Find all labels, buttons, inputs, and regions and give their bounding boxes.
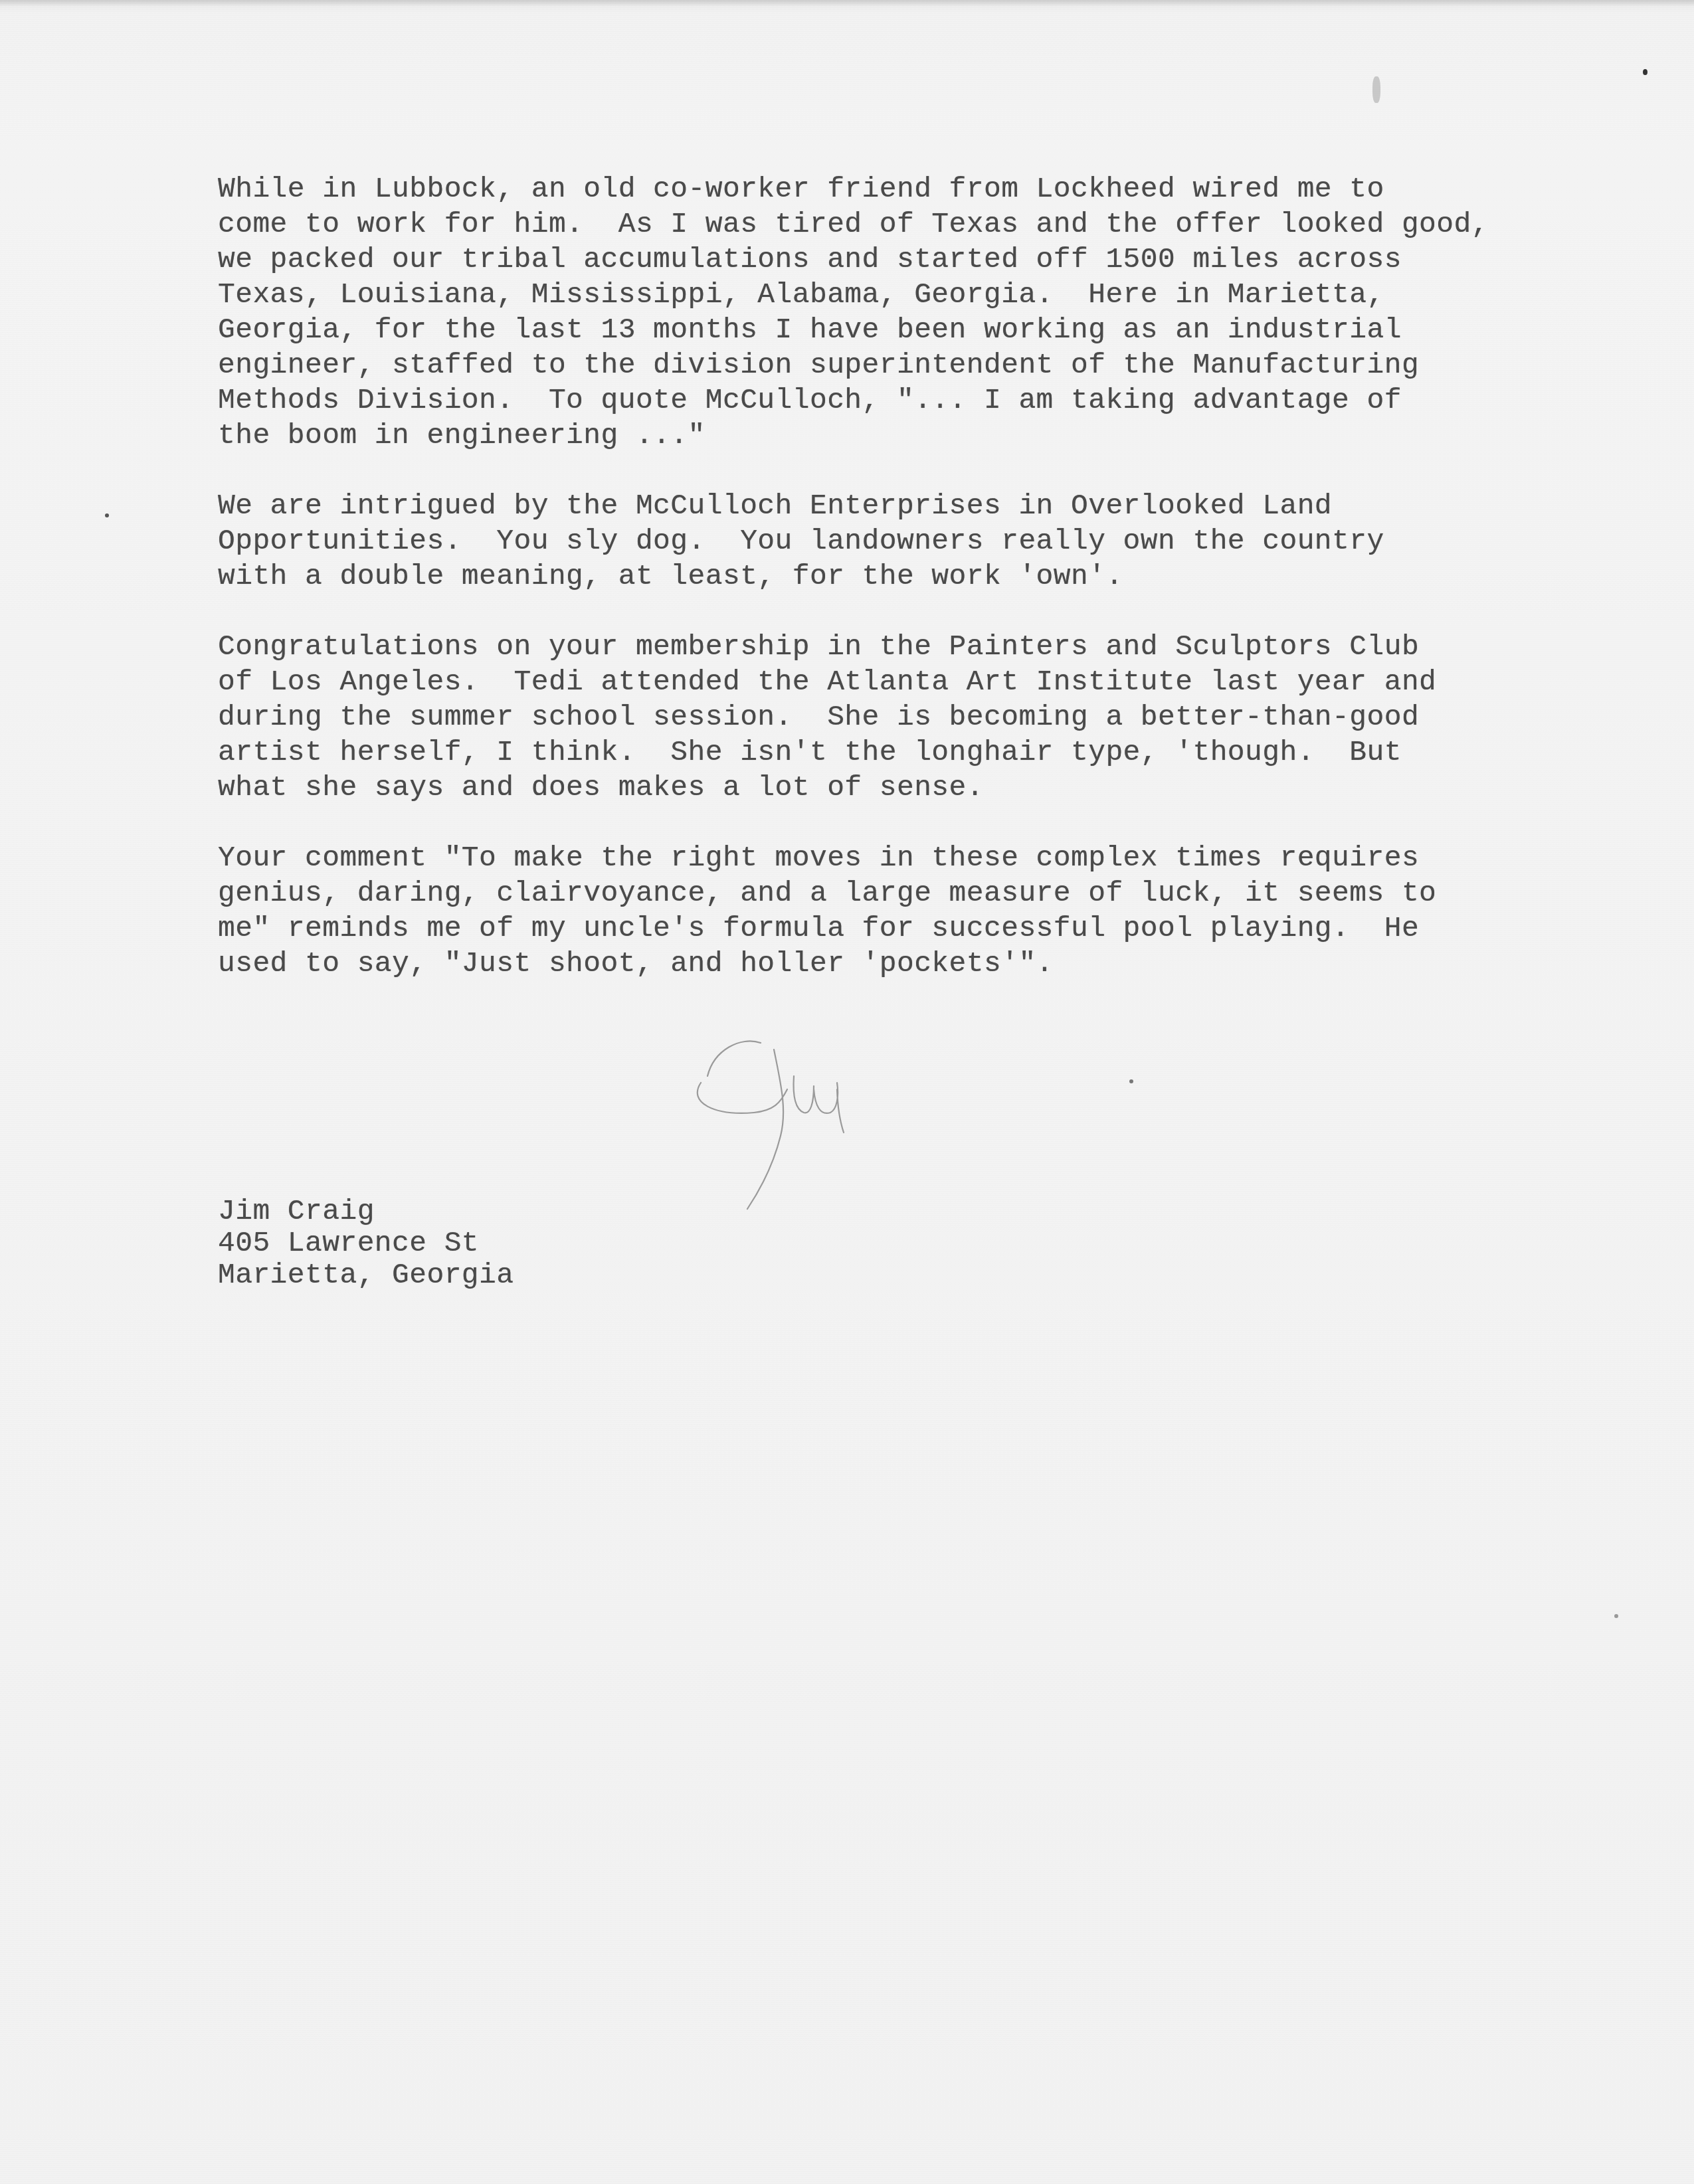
text-line: with a double meaning, at least, for the… bbox=[218, 559, 1646, 594]
sender-name: Jim Craig bbox=[218, 1196, 514, 1228]
paper-speck bbox=[1614, 1614, 1618, 1618]
paper-speck bbox=[105, 513, 109, 517]
paper-smudge bbox=[1372, 76, 1380, 103]
paragraph-your-comment: Your comment "To make the right moves in… bbox=[218, 840, 1646, 981]
scanned-letter-page: While in Lubbock, an old co-worker frien… bbox=[0, 0, 1694, 2184]
paragraph-mcculloch-enterprises: We are intrigued by the McCulloch Enterp… bbox=[218, 488, 1646, 594]
text-line: Georgia, for the last 13 months I have b… bbox=[218, 312, 1646, 347]
text-line: we packed our tribal accumulations and s… bbox=[218, 242, 1646, 277]
text-line: While in Lubbock, an old co-worker frien… bbox=[218, 171, 1646, 207]
text-line: Texas, Louisiana, Mississippi, Alabama, … bbox=[218, 277, 1646, 312]
text-line: used to say, "Just shoot, and holler 'po… bbox=[218, 946, 1646, 981]
scan-edge-shadow bbox=[0, 0, 1694, 7]
paper-speck bbox=[1643, 69, 1647, 75]
letter-body: While in Lubbock, an old co-worker frien… bbox=[218, 171, 1646, 1016]
text-line: of Los Angeles. Tedi attended the Atlant… bbox=[218, 664, 1646, 699]
paragraph-move-to-marietta: While in Lubbock, an old co-worker frien… bbox=[218, 171, 1646, 453]
text-line: the boom in engineering ..." bbox=[218, 418, 1646, 453]
sender-city-state: Marietta, Georgia bbox=[218, 1259, 514, 1291]
paragraph-congratulations: Congratulations on your membership in th… bbox=[218, 629, 1646, 805]
text-line: We are intrigued by the McCulloch Enterp… bbox=[218, 488, 1646, 523]
text-line: genius, daring, clairvoyance, and a larg… bbox=[218, 875, 1646, 911]
text-line: Congratulations on your membership in th… bbox=[218, 629, 1646, 664]
text-line: engineer, staffed to the division superi… bbox=[218, 347, 1646, 383]
text-line: what she says and does makes a lot of se… bbox=[218, 770, 1646, 805]
paper-speck bbox=[1129, 1079, 1133, 1083]
sender-address-block: Jim Craig 405 Lawrence St Marietta, Geor… bbox=[218, 1196, 514, 1291]
text-line: me" reminds me of my uncle's formula for… bbox=[218, 911, 1646, 946]
text-line: come to work for him. As I was tired of … bbox=[218, 207, 1646, 242]
text-line: Methods Division. To quote McCulloch, ".… bbox=[218, 383, 1646, 418]
text-line: Opportunities. You sly dog. You landowne… bbox=[218, 523, 1646, 559]
text-line: artist herself, I think. She isn't the l… bbox=[218, 735, 1646, 770]
handwritten-signature bbox=[674, 1023, 874, 1222]
text-line: Your comment "To make the right moves in… bbox=[218, 840, 1646, 875]
text-line: during the summer school session. She is… bbox=[218, 699, 1646, 735]
sender-street: 405 Lawrence St bbox=[218, 1228, 514, 1259]
